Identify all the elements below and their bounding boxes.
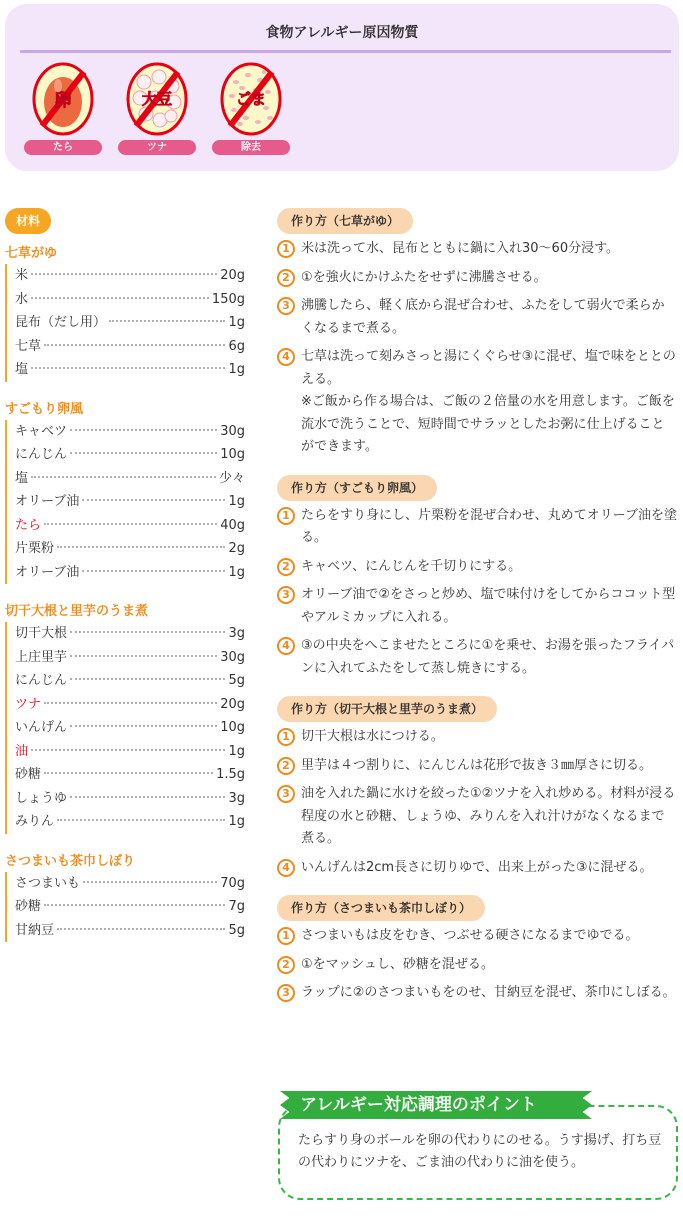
dot-leader [44, 772, 213, 774]
step-text: 油を入れた鍋に水けを絞った①②ツナを入れ炒める。材料が浸る程度の水と砂糖、しょう… [301, 783, 677, 851]
step-text: 七草は洗って刻みさっと湯にくぐらせ③に混ぜ、塩で味をととのえる。 ※ご飯から作る… [301, 346, 677, 459]
method-block: 作り方（切干大根と里芋のうま煮）1切干大根は水につける。2里芋は４つ割りに、にん… [277, 696, 677, 879]
ingredient-name: たら [15, 514, 41, 533]
ingredient-name: みりん [15, 810, 54, 829]
step-number-icon: 3 [277, 297, 295, 315]
step-number-icon: 1 [277, 507, 295, 525]
allergen-egg: 卵 たら [24, 62, 102, 155]
step-text: ①を強火にかけふたをせずに沸騰させる。 [301, 267, 677, 290]
dot-leader [70, 678, 225, 680]
ingredient-row: オリーブ油1g [15, 561, 245, 585]
ingredient-row: 油1g [15, 740, 245, 764]
method-step: 2①をマッシュし、砂糖を混ぜる。 [277, 954, 677, 977]
ingredient-qty: 5g [228, 673, 245, 688]
method-step: 4七草は洗って刻みさっと湯にくぐらせ③に混ぜ、塩で味をととのえる。 ※ご飯から作… [277, 346, 677, 459]
step-number-icon: 4 [277, 859, 295, 877]
step-text: ③の中央をへこませたところに①を乗せ、お湯を張ったフライパンに入れてふたをして蒸… [301, 635, 677, 680]
step-number-icon: 4 [277, 348, 295, 366]
dish-name: すごもり卵風 [5, 398, 245, 417]
dot-leader [109, 320, 225, 322]
ingredient-name: 片栗粉 [15, 537, 54, 556]
ingredient-qty: 1g [228, 315, 245, 330]
ingredient-name: 切干大根 [15, 622, 67, 641]
dot-leader [70, 452, 217, 454]
svg-text:ごま: ごま [236, 90, 266, 108]
divider [20, 50, 671, 53]
materials-header: 材料 [5, 208, 51, 234]
step-number-icon: 2 [277, 757, 295, 775]
allergen-soybean: 大豆 ツナ [118, 62, 196, 155]
dot-leader [82, 570, 225, 572]
step-text: ①をマッシュし、砂糖を混ぜる。 [301, 954, 677, 977]
ingredient-name: オリーブ油 [15, 561, 79, 580]
step-text: 切干大根は水につける。 [301, 726, 677, 749]
ingredient-qty: 1g [228, 565, 245, 580]
ingredient-row: さつまいも70g [15, 872, 245, 896]
method-title: 作り方（さつまいも茶巾しぼり） [277, 895, 485, 921]
step-number-icon: 1 [277, 728, 295, 746]
ingredient-name: 上庄里芋 [15, 646, 67, 665]
ingredient-row: 昆布（だし用）1g [15, 311, 245, 335]
ingredient-row: 塩少々 [15, 467, 245, 491]
method-step: 2里芋は４つ割りに、にんじんは花形で抜き３㎜厚さに切る。 [277, 755, 677, 778]
ingredient-row: にんじん5g [15, 669, 245, 693]
dot-leader [31, 749, 225, 751]
ingredient-list: 切干大根3g上庄里芋30gにんじん5gツナ20gいんげん10g油1g砂糖1.5g… [5, 622, 245, 834]
ingredient-row: ツナ20g [15, 693, 245, 717]
ingredient-qty: 1g [228, 814, 245, 829]
step-number-icon: 1 [277, 927, 295, 945]
svg-text:大豆: 大豆 [142, 90, 172, 108]
method-title: 作り方（切干大根と里芋のうま煮） [277, 696, 497, 722]
dot-leader [44, 702, 217, 704]
dish-name: 七草がゆ [5, 242, 245, 261]
dot-leader [31, 367, 225, 369]
step-text: ラップに②のさつまいもをのせ、甘納豆を混ぜ、茶巾にしぼる。 [301, 982, 677, 1005]
ingredient-name: キャベツ [15, 420, 67, 439]
method-block: 作り方（七草がゆ）1米は洗って水、昆布とともに鍋に入れ30〜60分浸す。2①を強… [277, 208, 677, 459]
step-number-icon: 3 [277, 586, 295, 604]
ingredient-row: しょうゆ3g [15, 787, 245, 811]
ingredient-qty: 1g [228, 362, 245, 377]
ingredient-qty: 7g [228, 899, 245, 914]
ingredient-row: たら40g [15, 514, 245, 538]
ingredient-row: いんげん10g [15, 716, 245, 740]
ingredient-qty: 6g [228, 339, 245, 354]
method-step: 4いんげんは2cm長さに切りゆで、出来上がった③に混ぜる。 [277, 857, 677, 880]
ingredient-qty: 30g [220, 424, 245, 439]
dish-name: 切干大根と里芋のうま煮 [5, 600, 245, 619]
dot-leader [83, 881, 217, 883]
dot-leader [31, 476, 216, 478]
ingredient-row: 切干大根3g [15, 622, 245, 646]
method-block: 作り方（さつまいも茶巾しぼり）1さつまいもは皮をむき、つぶせる硬さになるまでゆで… [277, 895, 677, 1005]
step-number-icon: 2 [277, 558, 295, 576]
ingredient-name: 砂糖 [15, 895, 41, 914]
ingredient-qty: 3g [228, 791, 245, 806]
ingredient-qty: 20g [220, 268, 245, 283]
ingredient-name: いんげん [15, 716, 67, 735]
allergen-sesame: ごま 除去 [212, 62, 290, 155]
ingredient-qty: 2g [228, 541, 245, 556]
method-step: 4③の中央をへこませたところに①を乗せ、お湯を張ったフライパンに入れてふたをして… [277, 635, 677, 680]
dot-leader [44, 523, 217, 525]
dot-leader [57, 928, 225, 930]
ingredient-row: 水150g [15, 288, 245, 312]
svg-text:卵: 卵 [55, 90, 72, 111]
step-number-icon: 1 [277, 240, 295, 258]
method-title: 作り方（七草がゆ） [277, 208, 413, 234]
soybean-prohibited-icon: 大豆 [126, 62, 188, 136]
step-text: オリーブ油で②をさっと炒め、塩で味付けをしてからココット型やアルミカップに入れる… [301, 584, 677, 629]
dish-group: すごもり卵風キャベツ30gにんじん10g塩少々オリーブ油1gたら40g片栗粉2g… [5, 398, 245, 585]
method-step: 1切干大根は水につける。 [277, 726, 677, 749]
point-title: アレルギー対応調理のポイント [280, 1091, 592, 1119]
methods-section: 作り方（七草がゆ）1米は洗って水、昆布とともに鍋に入れ30〜60分浸す。2①を強… [277, 208, 677, 1021]
ingredient-qty: 1g [228, 744, 245, 759]
dot-leader [57, 819, 225, 821]
substitute-badge: ツナ [118, 140, 196, 155]
step-text: いんげんは2cm長さに切りゆで、出来上がった③に混ぜる。 [301, 857, 677, 880]
ingredient-name: にんじん [15, 669, 67, 688]
ingredients-section: 材料 七草がゆ米20g水150g昆布（だし用）1g七草6g塩1gすごもり卵風キャ… [5, 208, 245, 958]
method-step: 2①を強火にかけふたをせずに沸騰させる。 [277, 267, 677, 290]
ingredient-row: にんじん10g [15, 443, 245, 467]
dish-list: 七草がゆ米20g水150g昆布（だし用）1g七草6g塩1gすごもり卵風キャベツ3… [5, 242, 245, 942]
dot-leader [70, 655, 217, 657]
ingredient-name: 塩 [15, 467, 28, 486]
ingredient-name: しょうゆ [15, 787, 67, 806]
step-number-icon: 4 [277, 637, 295, 655]
dot-leader [31, 273, 217, 275]
method-step: 1さつまいもは皮をむき、つぶせる硬さになるまでゆでる。 [277, 925, 677, 948]
point-text: たらすり身のボールを卵の代わりにのせる。うす揚げ、打ち豆の代わりにツナを、ごま油… [298, 1130, 668, 1174]
ingredient-qty: 30g [220, 650, 245, 665]
dot-leader [44, 344, 225, 346]
method-block: 作り方（すごもり卵風）1たらをすり身にし、片栗粉を混ぜ合わせ、丸めてオリーブ油を… [277, 475, 677, 681]
dish-name: さつまいも茶巾しぼり [5, 850, 245, 869]
ingredient-qty: 10g [220, 447, 245, 462]
ingredient-list: さつまいも70g砂糖7g甘納豆5g [5, 872, 245, 943]
method-step: 1たらをすり身にし、片栗粉を混ぜ合わせ、丸めてオリーブ油を塗る。 [277, 505, 677, 550]
ingredient-row: 上庄里芋30g [15, 646, 245, 670]
ingredient-qty: 40g [220, 518, 245, 533]
step-number-icon: 3 [277, 984, 295, 1002]
dish-group: 切干大根と里芋のうま煮切干大根3g上庄里芋30gにんじん5gツナ20gいんげん1… [5, 600, 245, 834]
ingredient-qty: 70g [220, 876, 245, 891]
step-number-icon: 2 [277, 956, 295, 974]
method-step: 3オリーブ油で②をさっと炒め、塩で味付けをしてからココット型やアルミカップに入れ… [277, 584, 677, 629]
ingredient-row: 砂糖7g [15, 895, 245, 919]
ingredient-row: 甘納豆5g [15, 919, 245, 943]
ingredient-qty: 5g [228, 923, 245, 938]
ingredient-row: キャベツ30g [15, 420, 245, 444]
dot-leader [31, 297, 209, 299]
step-text: キャベツ、にんじんを千切りにする。 [301, 556, 677, 579]
ingredient-qty: 少々 [219, 467, 245, 486]
method-step: 3油を入れた鍋に水けを絞った①②ツナを入れ炒める。材料が浸る程度の水と砂糖、しょ… [277, 783, 677, 851]
ingredient-list: キャベツ30gにんじん10g塩少々オリーブ油1gたら40g片栗粉2gオリーブ油1… [5, 420, 245, 585]
allergen-title: 食物アレルギー原因物質 [5, 22, 679, 42]
dot-leader [70, 429, 217, 431]
ingredient-name: 昆布（だし用） [15, 311, 106, 330]
substitute-badge: 除去 [212, 140, 290, 155]
method-step: 3沸騰したら、軽く底から混ぜ合わせ、ふたをして弱火で柔らかくなるまで煮る。 [277, 295, 677, 340]
ingredient-name: 塩 [15, 358, 28, 377]
dish-group: 七草がゆ米20g水150g昆布（だし用）1g七草6g塩1g [5, 242, 245, 382]
ingredient-name: 甘納豆 [15, 919, 54, 938]
dot-leader [82, 499, 225, 501]
step-text: 沸騰したら、軽く底から混ぜ合わせ、ふたをして弱火で柔らかくなるまで煮る。 [301, 295, 677, 340]
ingredient-qty: 3g [228, 626, 245, 641]
ingredient-qty: 1g [228, 494, 245, 509]
ingredient-name: 水 [15, 288, 28, 307]
ingredient-qty: 20g [220, 697, 245, 712]
ingredient-row: みりん1g [15, 810, 245, 834]
dot-leader [44, 904, 225, 906]
sesame-prohibited-icon: ごま [220, 62, 282, 136]
step-text: 里芋は４つ割りに、にんじんは花形で抜き３㎜厚さに切る。 [301, 755, 677, 778]
ingredient-name: 砂糖 [15, 763, 41, 782]
ingredient-row: オリーブ油1g [15, 490, 245, 514]
method-step: 1米は洗って水、昆布とともに鍋に入れ30〜60分浸す。 [277, 238, 677, 261]
dot-leader [70, 796, 225, 798]
ingredient-row: 七草6g [15, 335, 245, 359]
step-number-icon: 3 [277, 785, 295, 803]
ingredient-name: ツナ [15, 693, 41, 712]
ingredient-name: 油 [15, 740, 28, 759]
ingredient-qty: 150g [212, 292, 245, 307]
ingredient-qty: 1.5g [216, 767, 245, 782]
ingredient-row: 片栗粉2g [15, 537, 245, 561]
dot-leader [57, 546, 225, 548]
allergen-icons: 卵 たら 大豆 ツナ [24, 62, 290, 155]
step-text: 米は洗って水、昆布とともに鍋に入れ30〜60分浸す。 [301, 238, 677, 261]
ingredient-list: 米20g水150g昆布（だし用）1g七草6g塩1g [5, 264, 245, 382]
method-step: 3ラップに②のさつまいもをのせ、甘納豆を混ぜ、茶巾にしぼる。 [277, 982, 677, 1005]
dot-leader [70, 631, 225, 633]
ingredient-name: さつまいも [15, 872, 80, 891]
ingredient-row: 米20g [15, 264, 245, 288]
ingredient-name: 米 [15, 264, 28, 283]
ingredient-name: 七草 [15, 335, 41, 354]
substitute-badge: たら [24, 140, 102, 155]
ingredient-qty: 10g [220, 720, 245, 735]
ingredient-name: オリーブ油 [15, 490, 79, 509]
step-text: さつまいもは皮をむき、つぶせる硬さになるまでゆでる。 [301, 925, 677, 948]
step-text: たらをすり身にし、片栗粉を混ぜ合わせ、丸めてオリーブ油を塗る。 [301, 505, 677, 550]
method-title: 作り方（すごもり卵風） [277, 475, 437, 501]
egg-prohibited-icon: 卵 [32, 62, 94, 136]
dot-leader [70, 725, 217, 727]
ingredient-row: 砂糖1.5g [15, 763, 245, 787]
method-step: 2キャベツ、にんじんを千切りにする。 [277, 556, 677, 579]
step-number-icon: 2 [277, 269, 295, 287]
ingredient-row: 塩1g [15, 358, 245, 382]
dish-group: さつまいも茶巾しぼりさつまいも70g砂糖7g甘納豆5g [5, 850, 245, 943]
allergen-panel: 食物アレルギー原因物質 卵 たら [5, 4, 679, 171]
ingredient-name: にんじん [15, 443, 67, 462]
